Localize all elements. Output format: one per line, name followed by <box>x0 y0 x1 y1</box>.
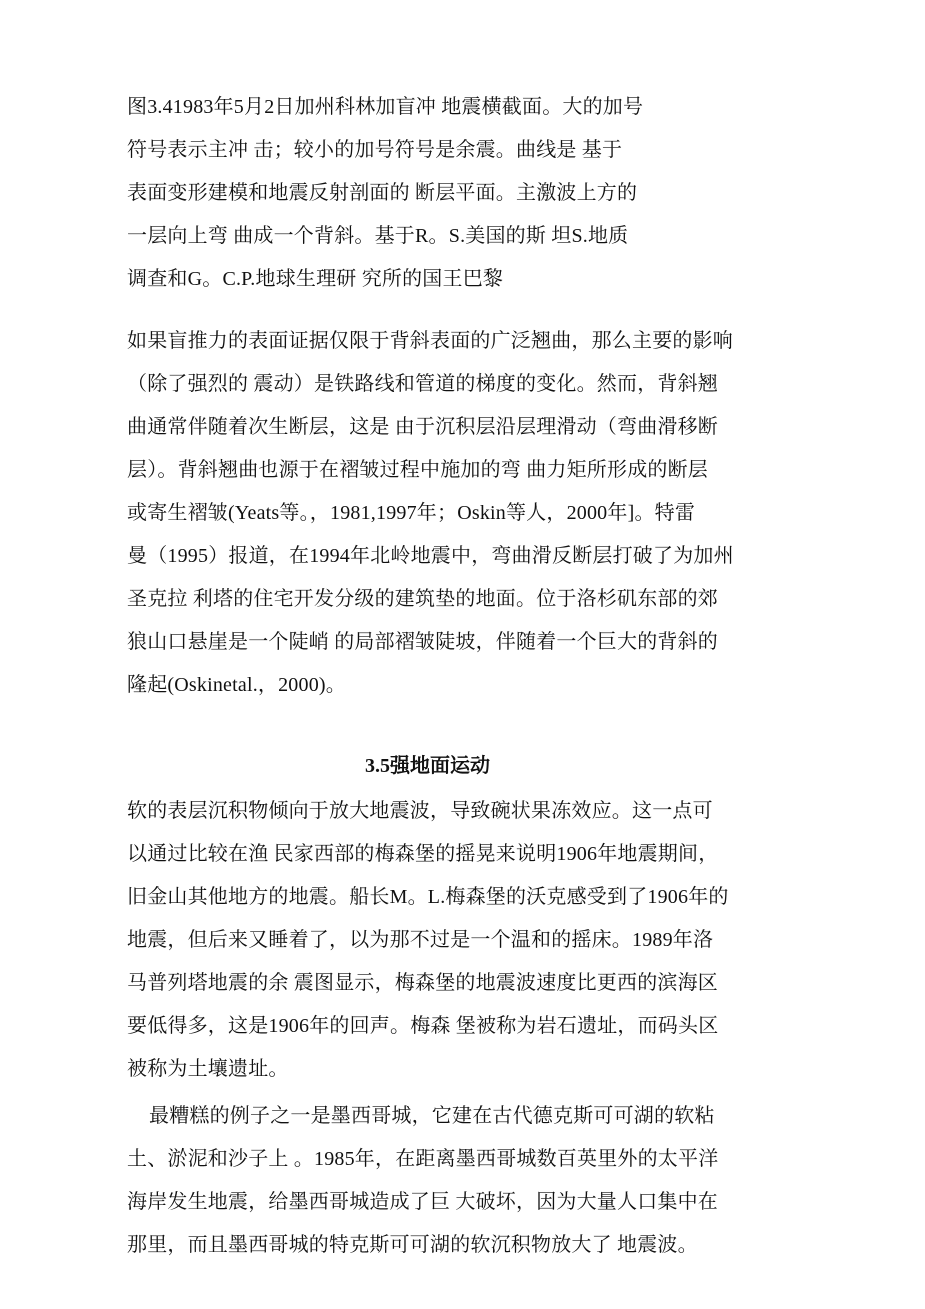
paragraph-line: 或寄生褶皱(Yeats等。，1981,1997年；Oskin等人，2000年]。… <box>127 492 817 535</box>
paragraph-line: 被称为土壤遗址。 <box>127 1048 817 1091</box>
paragraph-line: 狼山口悬崖是一个陡峭 的局部褶皱陡坡，伴随着一个巨大的背斜的 <box>127 621 817 664</box>
figure-caption: 图3.41983年5月2日加州科林加盲冲 地震横截面。大的加号 符号表示主冲 击… <box>127 86 817 301</box>
paragraph-blind-thrust: 如果盲推力的表面证据仅限于背斜表面的广泛翘曲，那么主要的影响 （除了强烈的 震动… <box>127 320 817 707</box>
caption-line: 表面变形建模和地震反射剖面的 断层平面。主激波上方的 <box>127 172 817 215</box>
section-heading: 3.5强地面运动 <box>0 745 855 788</box>
paragraph-line: 土、淤泥和沙子上 。1985年，在距离墨西哥城数百英里外的太平洋 <box>127 1138 817 1181</box>
paragraph-line: 地震，但后来又睡着了，以为那不过是一个温和的摇床。1989年洛 <box>127 919 817 962</box>
paragraph-line: 最糟糕的例子之一是墨西哥城，它建在古代德克斯可可湖的软粘 <box>127 1095 817 1138</box>
caption-line: 符号表示主冲 击；较小的加号符号是余震。曲线是 基于 <box>127 129 817 172</box>
paragraph-line: 圣克拉 利塔的住宅开发分级的建筑垫的地面。位于洛杉矶东部的郊 <box>127 578 817 621</box>
document-page: 图3.41983年5月2日加州科林加盲冲 地震横截面。大的加号 符号表示主冲 击… <box>0 0 925 1309</box>
paragraph-line: 隆起(Oskinetal.，2000)。 <box>127 664 817 707</box>
paragraph-line: 软的表层沉积物倾向于放大地震波，导致碗状果冻效应。这一点可 <box>127 790 817 833</box>
paragraph-line: 曲通常伴随着次生断层，这是 由于沉积层沿层理滑动（弯曲滑移断 <box>127 406 817 449</box>
paragraph-line: 海岸发生地震，给墨西哥城造成了巨 大破坏，因为大量人口集中在 <box>127 1181 817 1224</box>
paragraph-line: （除了强烈的 震动）是铁路线和管道的梯度的变化。然而，背斜翘 <box>127 363 817 406</box>
paragraph-soft-sediments: 软的表层沉积物倾向于放大地震波，导致碗状果冻效应。这一点可 以通过比较在渔 民家… <box>127 790 817 1091</box>
paragraph-line: 马普列塔地震的余 震图显示，梅森堡的地震波速度比更西的滨海区 <box>127 962 817 1005</box>
paragraph-line: 以通过比较在渔 民家西部的梅森堡的摇晃来说明1906年地震期间， <box>127 833 817 876</box>
paragraph-line: 层）。背斜翘曲也源于在褶皱过程中施加的弯 曲力矩所形成的断层 <box>127 449 817 492</box>
caption-line: 调查和G。C.P.地球生理研 究所的国王巴黎 <box>127 258 817 301</box>
caption-line: 一层向上弯 曲成一个背斜。基于R。S.美国的斯 坦S.地质 <box>127 215 817 258</box>
paragraph-line: 曼（1995）报道，在1994年北岭地震中，弯曲滑反断层打破了为加州 <box>127 535 817 578</box>
paragraph-line: 如果盲推力的表面证据仅限于背斜表面的广泛翘曲，那么主要的影响 <box>127 320 817 363</box>
paragraph-line: 旧金山其他地方的地震。船长M。L.梅森堡的沃克感受到了1906年的 <box>127 876 817 919</box>
caption-line: 图3.41983年5月2日加州科林加盲冲 地震横截面。大的加号 <box>127 86 817 129</box>
paragraph-mexico-city: 最糟糕的例子之一是墨西哥城，它建在古代德克斯可可湖的软粘 土、淤泥和沙子上 。1… <box>127 1095 817 1267</box>
paragraph-line: 要低得多，这是1906年的回声。梅森 堡被称为岩石遗址，而码头区 <box>127 1005 817 1048</box>
paragraph-line: 那里，而且墨西哥城的特克斯可可湖的软沉积物放大了 地震波。 <box>127 1224 817 1267</box>
